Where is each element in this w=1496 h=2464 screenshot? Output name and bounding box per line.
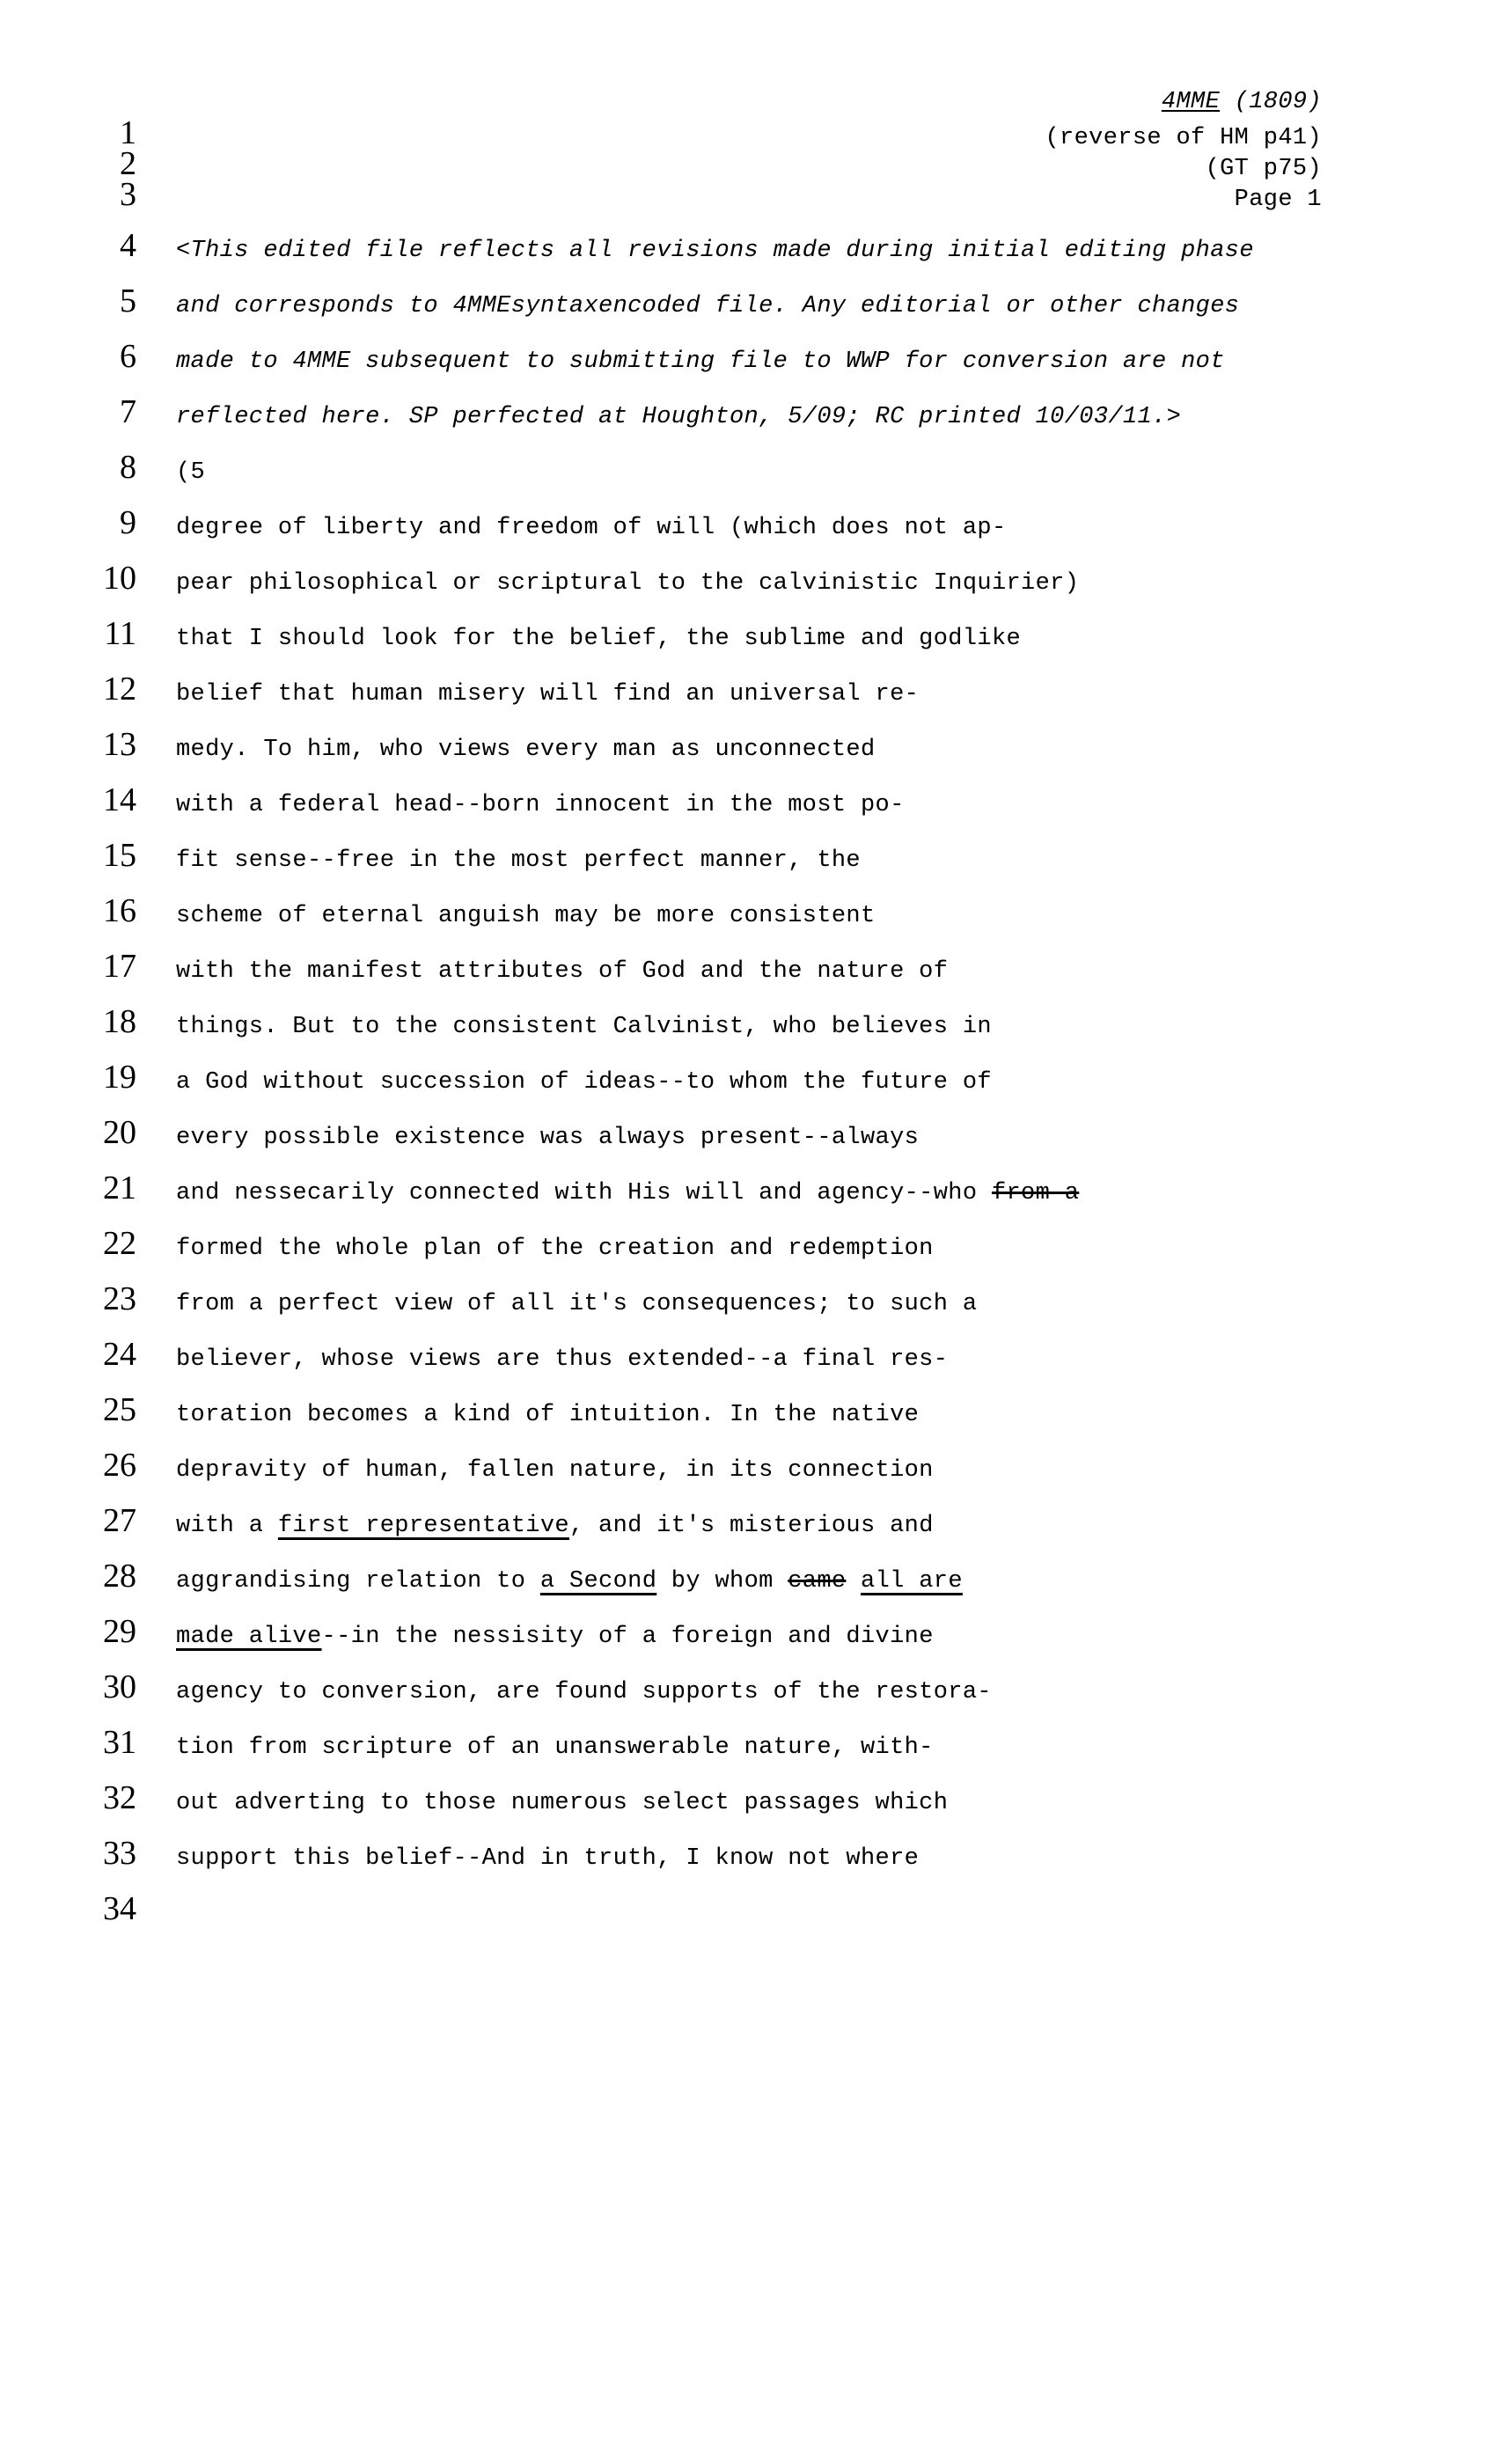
transcript-line: 25toration becomes a kind of intuition. … [0, 1382, 1496, 1438]
line-number: 34 [0, 1881, 136, 1937]
line-text: fit sense--free in the most perfect mann… [176, 833, 861, 889]
line-text: agency to conversion, are found supports… [176, 1665, 992, 1720]
line-segment: fit sense--free in the most perfect mann… [176, 847, 861, 874]
transcript-line: 23from a perfect view of all it's conseq… [0, 1272, 1496, 1327]
transcript-line: 10pear philosophical or scriptural to th… [0, 551, 1496, 606]
line-segment [846, 1568, 861, 1595]
line-text: from a perfect view of all it's conseque… [176, 1277, 977, 1332]
header-row: 2(GT p75) [0, 149, 1322, 180]
transcript-line: 12belief that human misery will find an … [0, 662, 1496, 717]
transcript-line: 22formed the whole plan of the creation … [0, 1216, 1496, 1272]
transcript-line: 5and corresponds to 4MMEsyntaxencoded fi… [0, 274, 1496, 329]
transcript-line: 24believer, whose views are thus extende… [0, 1327, 1496, 1382]
line-segment: medy. To him, who views every man as unc… [176, 737, 876, 763]
line-text: pear philosophical or scriptural to the … [176, 556, 1079, 612]
line-number: 1 [0, 118, 136, 149]
transcript-line: 16scheme of eternal anguish may be more … [0, 884, 1496, 939]
page-header: 4MME (1809) 1(reverse of HM p41)2(GT p75… [0, 87, 1322, 210]
line-number: 4 [0, 218, 136, 274]
line-segment: pear philosophical or scriptural to the … [176, 570, 1079, 597]
underlined-segment: made alive [176, 1624, 322, 1650]
transcript-line: 20every possible existence was always pr… [0, 1105, 1496, 1161]
header-title: 4MME (1809) [136, 87, 1322, 118]
line-number: 7 [0, 385, 136, 440]
line-number: 10 [0, 551, 136, 606]
line-text: medy. To him, who views every man as unc… [176, 722, 876, 778]
line-number: 6 [0, 329, 136, 385]
transcript-line: 14with a federal head--born innocent in … [0, 773, 1496, 828]
line-text: with the manifest attributes of God and … [176, 944, 948, 1000]
line-number: 21 [0, 1161, 136, 1216]
transcript-line: 33support this belief--And in truth, I k… [0, 1826, 1496, 1881]
transcript-line: 31tion from scripture of an unanswerable… [0, 1715, 1496, 1771]
line-number: 11 [0, 606, 136, 662]
transcript-line: 21and nessecarily connected with His wil… [0, 1161, 1496, 1216]
line-text: things. But to the consistent Calvinist,… [176, 1000, 992, 1055]
underlined-segment: first representative [278, 1513, 569, 1539]
line-segment: toration becomes a kind of intuition. In… [176, 1402, 919, 1428]
line-number: 29 [0, 1604, 136, 1660]
line-segment: --in the nessisity of a foreign and divi… [322, 1624, 934, 1650]
transcript-line: 30agency to conversion, are found suppor… [0, 1660, 1496, 1715]
header-title-year: (1809) [1220, 89, 1322, 115]
transcript-line: 28aggrandising relation to a Second by w… [0, 1549, 1496, 1604]
struck-segment: came [788, 1568, 846, 1595]
line-segment: tion from scripture of an unanswerable n… [176, 1734, 934, 1761]
line-segment: with a [176, 1513, 278, 1539]
line-text: and corresponds to 4MMEsyntaxencoded fil… [176, 279, 1239, 334]
line-number: 28 [0, 1549, 136, 1604]
line-number: 17 [0, 939, 136, 994]
line-number: 26 [0, 1438, 136, 1493]
header-row: 3Page 1 [0, 180, 1322, 210]
line-segment: agency to conversion, are found supports… [176, 1679, 992, 1705]
line-number: 2 [0, 149, 136, 180]
underlined-segment: all are [861, 1568, 963, 1595]
underlined-segment: a Second [540, 1568, 656, 1595]
header-row: 1(reverse of HM p41) [0, 118, 1322, 149]
line-number: 15 [0, 828, 136, 884]
line-text: (5 [176, 445, 205, 501]
line-text: out adverting to those numerous select p… [176, 1776, 948, 1831]
document-page: 4MME (1809) 1(reverse of HM p41)2(GT p75… [0, 0, 1496, 2464]
line-segment: aggrandising relation to [176, 1568, 540, 1595]
line-segment: degree of liberty and freedom of will (w… [176, 515, 1007, 541]
line-segment: , and it's misterious and [569, 1513, 934, 1539]
line-text: and nessecarily connected with His will … [176, 1166, 1079, 1221]
transcript-line: 15fit sense--free in the most perfect ma… [0, 828, 1496, 884]
line-text: every possible existence was always pres… [176, 1111, 919, 1166]
transcript-line: 11that I should look for the belief, the… [0, 606, 1496, 662]
line-segment: and nessecarily connected with His will … [176, 1180, 992, 1206]
line-number: 19 [0, 1050, 136, 1105]
line-text: support this belief--And in truth, I kno… [176, 1831, 919, 1887]
line-number: 3 [0, 180, 136, 210]
header-text: (GT p75) [136, 154, 1322, 185]
line-number: 9 [0, 495, 136, 551]
transcript-line: 13medy. To him, who views every man as u… [0, 717, 1496, 773]
transcript-line: 32out adverting to those numerous select… [0, 1771, 1496, 1826]
line-segment: (5 [176, 459, 205, 486]
line-segment: with a federal head--born innocent in th… [176, 792, 905, 818]
header-text: Page 1 [136, 185, 1322, 216]
line-number: 13 [0, 717, 136, 773]
line-text: believer, whose views are thus extended-… [176, 1332, 948, 1388]
transcript-line: 17with the manifest attributes of God an… [0, 939, 1496, 994]
struck-segment: from a [992, 1180, 1079, 1206]
line-text: with a federal head--born innocent in th… [176, 778, 905, 833]
line-number: 23 [0, 1272, 136, 1327]
transcript-line: 26depravity of human, fallen nature, in … [0, 1438, 1496, 1493]
line-segment: out adverting to those numerous select p… [176, 1790, 948, 1816]
line-text: a God without succession of ideas--to wh… [176, 1055, 992, 1111]
transcript-line: 6made to 4MME subsequent to submitting f… [0, 329, 1496, 385]
line-number: 24 [0, 1327, 136, 1382]
line-number: 16 [0, 884, 136, 939]
line-text: reflected here. SP perfected at Houghton… [176, 390, 1181, 445]
line-segment: support this belief--And in truth, I kno… [176, 1845, 919, 1872]
line-text: toration becomes a kind of intuition. In… [176, 1388, 919, 1443]
transcript-line: 34 [0, 1881, 1496, 1937]
line-segment: formed the whole plan of the creation an… [176, 1236, 934, 1262]
line-number: 14 [0, 773, 136, 828]
line-segment: belief that human misery will find an un… [176, 681, 919, 708]
header-title-id: 4MME [1162, 89, 1220, 115]
header-title-row: 4MME (1809) [0, 87, 1322, 118]
line-text: that I should look for the belief, the s… [176, 612, 1021, 667]
line-text: aggrandising relation to a Second by who… [176, 1554, 963, 1610]
line-number: 31 [0, 1715, 136, 1771]
line-number: 12 [0, 662, 136, 717]
line-number: 8 [0, 440, 136, 495]
transcript-line: 4<This edited file reflects all revision… [0, 218, 1496, 274]
line-text: scheme of eternal anguish may be more co… [176, 889, 876, 944]
line-text: tion from scripture of an unanswerable n… [176, 1720, 934, 1776]
line-number: 22 [0, 1216, 136, 1272]
line-number: 32 [0, 1771, 136, 1826]
line-segment: with the manifest attributes of God and … [176, 958, 948, 985]
line-number: 30 [0, 1660, 136, 1715]
line-text: degree of liberty and freedom of will (w… [176, 501, 1007, 556]
line-segment: that I should look for the belief, the s… [176, 626, 1021, 652]
transcript-body: 4<This edited file reflects all revision… [0, 218, 1496, 1937]
transcript-line: 7reflected here. SP perfected at Houghto… [0, 385, 1496, 440]
line-segment: believer, whose views are thus extended-… [176, 1346, 948, 1373]
line-segment: scheme of eternal anguish may be more co… [176, 903, 876, 929]
transcript-line: 29made alive--in the nessisity of a fore… [0, 1604, 1496, 1660]
transcript-line: 9degree of liberty and freedom of will (… [0, 495, 1496, 551]
line-text: formed the whole plan of the creation an… [176, 1221, 934, 1277]
line-segment: from a perfect view of all it's conseque… [176, 1291, 977, 1317]
line-segment: and corresponds to 4MMEsyntaxencoded fil… [176, 293, 1239, 319]
line-segment: by whom [656, 1568, 788, 1595]
transcript-line: 8(5 [0, 440, 1496, 495]
line-segment: reflected here. SP perfected at Houghton… [176, 404, 1181, 430]
line-segment: every possible existence was always pres… [176, 1125, 919, 1151]
line-segment: things. But to the consistent Calvinist,… [176, 1014, 992, 1040]
line-segment: depravity of human, fallen nature, in it… [176, 1457, 934, 1484]
line-text: made to 4MME subsequent to submitting fi… [176, 334, 1225, 390]
line-text: <This edited file reflects all revisions… [176, 224, 1254, 279]
line-segment: a God without succession of ideas--to wh… [176, 1069, 992, 1096]
header-text: (reverse of HM p41) [136, 123, 1322, 154]
transcript-line: 27with a first representative, and it's … [0, 1493, 1496, 1549]
line-number: 18 [0, 994, 136, 1050]
line-number: 20 [0, 1105, 136, 1161]
line-segment: made to 4MME subsequent to submitting fi… [176, 348, 1225, 375]
transcript-line: 18things. But to the consistent Calvinis… [0, 994, 1496, 1050]
line-text: with a first representative, and it's mi… [176, 1499, 934, 1554]
line-number: 33 [0, 1826, 136, 1881]
line-text: belief that human misery will find an un… [176, 667, 919, 722]
line-number: 27 [0, 1493, 136, 1549]
transcript-line: 19a God without succession of ideas--to … [0, 1050, 1496, 1105]
line-text: made alive--in the nessisity of a foreig… [176, 1610, 934, 1665]
line-text: depravity of human, fallen nature, in it… [176, 1443, 934, 1499]
line-number: 5 [0, 274, 136, 329]
line-segment: <This edited file reflects all revisions… [176, 238, 1254, 264]
line-number: 25 [0, 1382, 136, 1438]
